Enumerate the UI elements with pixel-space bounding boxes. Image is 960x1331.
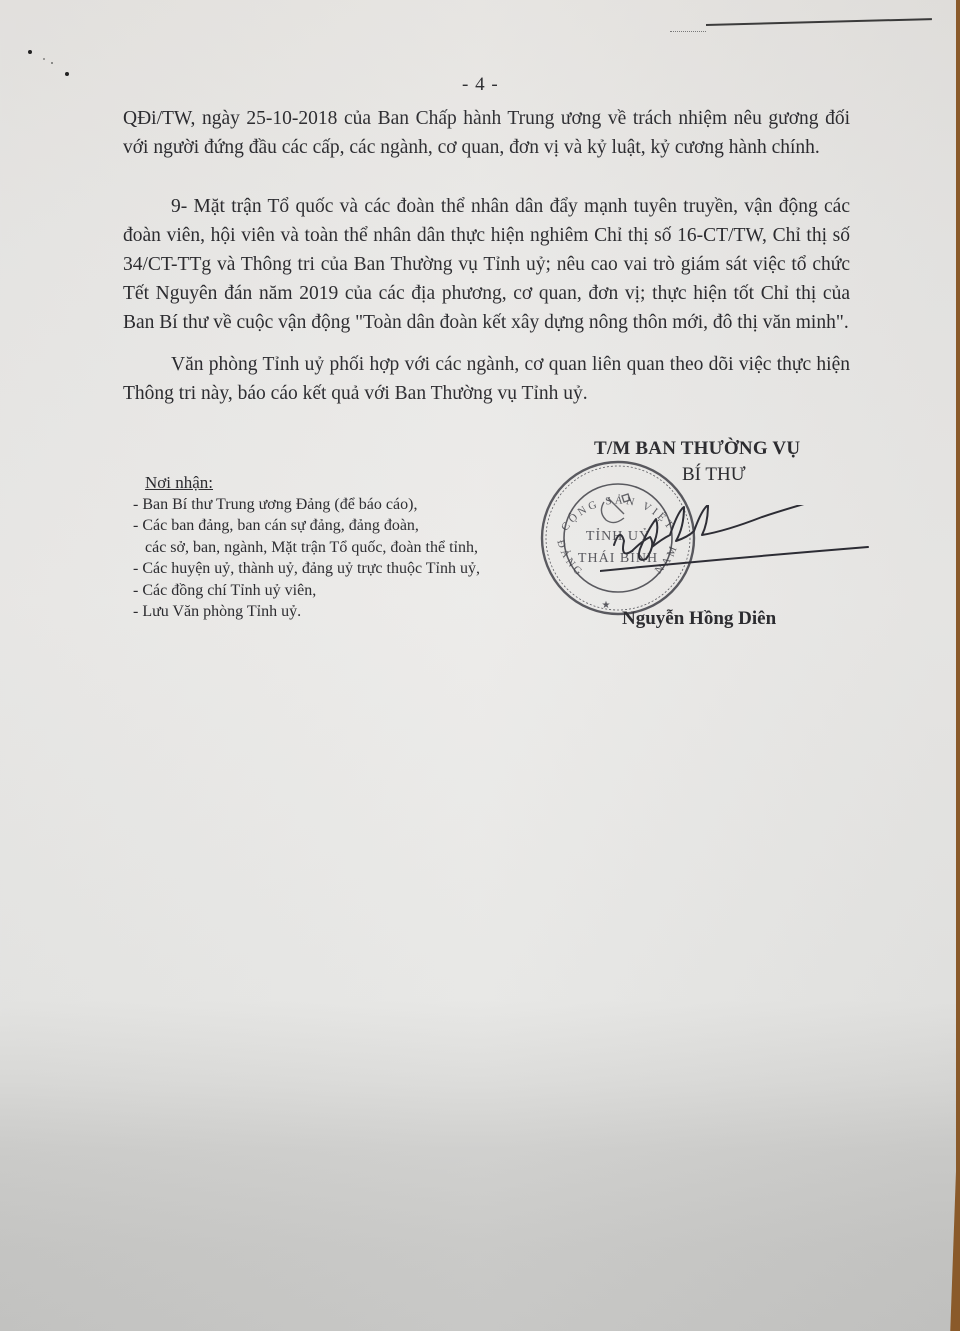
paragraph-item-9: 9- Mặt trận Tổ quốc và các đoàn thể nhân… <box>123 192 850 337</box>
recipient-item: - Lưu Văn phòng Tỉnh uỷ. <box>133 601 480 623</box>
signer-name: Nguyễn Hồng Diên <box>622 608 776 630</box>
paragraph-continuation: QĐi/TW, ngày 25-10-2018 của Ban Chấp hàn… <box>123 104 850 162</box>
recipient-item: - Các đồng chí Tỉnh uỷ viên, <box>133 580 480 602</box>
recipient-item: - Các huyện uỷ, thành uỷ, đảng uỷ trực t… <box>133 558 480 580</box>
document-page: - 4 - QĐi/TW, ngày 25-10-2018 của Ban Ch… <box>0 0 956 1331</box>
paragraph-closing: Văn phòng Tỉnh uỷ phối hợp với các ngành… <box>123 350 850 408</box>
recipients-heading: Nơi nhận: <box>145 472 480 494</box>
paragraph-text: QĐi/TW, ngày 25-10-2018 của Ban Chấp hàn… <box>123 104 850 162</box>
ink-speck <box>43 58 45 60</box>
header-rule-dots <box>670 31 706 33</box>
recipient-item-continued: các sở, ban, ngành, Mặt trận Tổ quốc, đo… <box>133 537 480 559</box>
handwritten-signature <box>600 505 870 575</box>
paragraph-text: Văn phòng Tỉnh uỷ phối hợp với các ngành… <box>123 350 850 408</box>
recipients-block: Nơi nhận: - Ban Bí thư Trung ương Đảng (… <box>133 472 480 623</box>
recipient-item: - Các ban đảng, ban cán sự đảng, đảng đo… <box>133 515 480 537</box>
ink-speck <box>65 72 69 76</box>
star-icon: ★ <box>602 600 611 611</box>
signature-on-behalf: T/M BAN THƯỜNG VỤ <box>594 438 800 460</box>
header-rule <box>706 18 932 26</box>
ink-speck <box>28 50 32 54</box>
paragraph-text: 9- Mặt trận Tổ quốc và các đoàn thể nhân… <box>123 192 850 337</box>
ink-speck <box>51 62 53 64</box>
page-number: - 4 - <box>462 74 499 96</box>
recipient-item: - Ban Bí thư Trung ương Đảng (để báo cáo… <box>133 494 480 516</box>
